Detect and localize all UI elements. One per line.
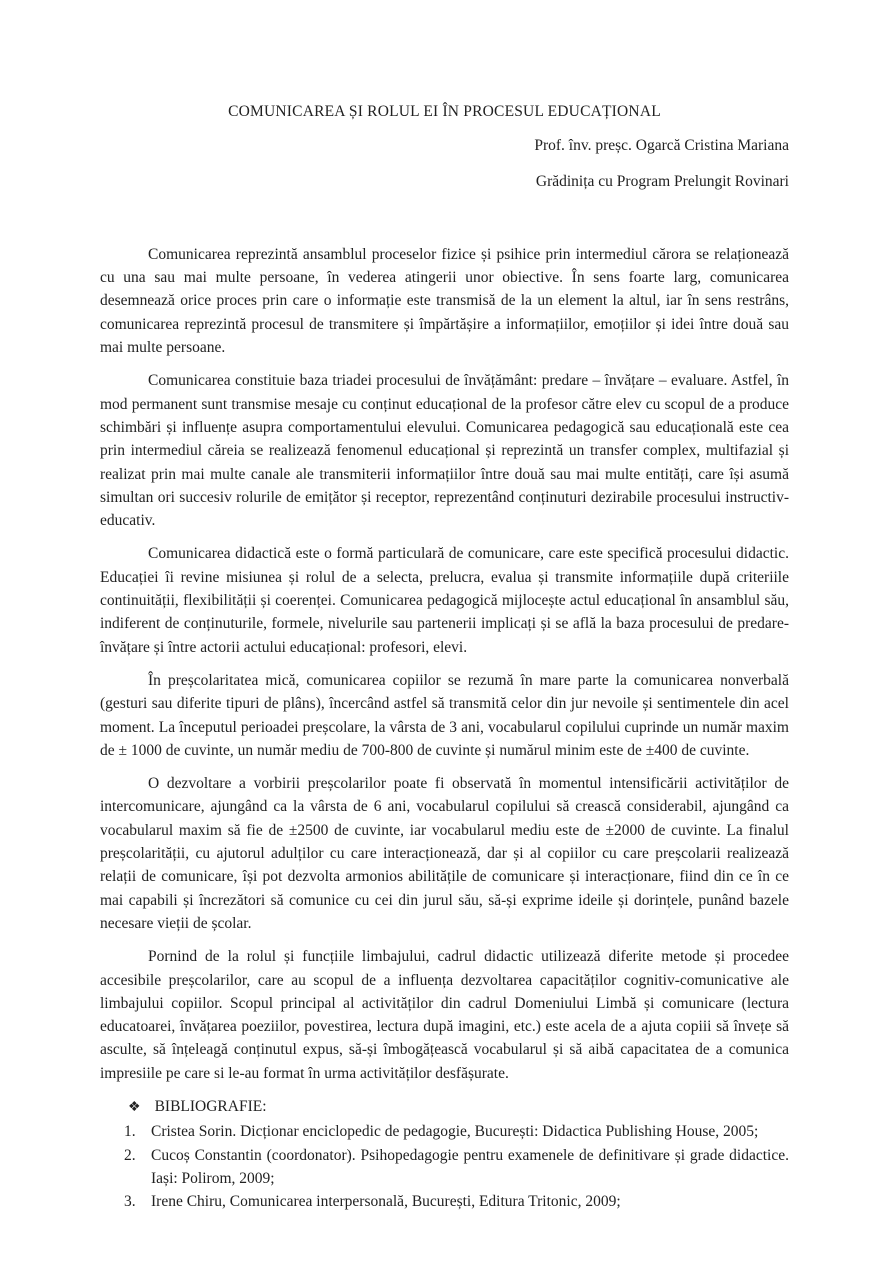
paragraph-5: O dezvoltare a vorbirii preșcolarilor po…: [100, 772, 789, 935]
bibliography-item-text: Cristea Sorin. Dicționar enciclopedic de…: [151, 1120, 789, 1143]
bibliography-item-number: 3.: [124, 1190, 151, 1213]
document-title: COMUNICAREA ȘI ROLUL EI ÎN PROCESUL EDUC…: [100, 100, 789, 123]
institution-line: Grădinița cu Program Prelungit Rovinari: [100, 170, 789, 193]
bibliography-list: 1. Cristea Sorin. Dicționar enciclopedic…: [100, 1120, 789, 1213]
paragraph-1: Comunicarea reprezintă ansamblul procese…: [100, 243, 789, 359]
bibliography-section: ❖BIBLIOGRAFIE: 1. Cristea Sorin. Dicțion…: [100, 1095, 789, 1213]
bibliography-item-text: Cucoș Constantin (coordonator). Psihoped…: [151, 1144, 789, 1191]
paragraph-4: În preșcolaritatea mică, comunicarea cop…: [100, 669, 789, 762]
document-page: COMUNICAREA ȘI ROLUL EI ÎN PROCESUL EDUC…: [0, 0, 892, 1263]
paragraph-3: Comunicarea didactică este o formă parti…: [100, 542, 789, 658]
bibliography-heading-label: BIBLIOGRAFIE:: [155, 1098, 267, 1115]
bibliography-item-1: 1. Cristea Sorin. Dicționar enciclopedic…: [100, 1120, 789, 1143]
bibliography-heading: ❖BIBLIOGRAFIE:: [100, 1095, 789, 1119]
bibliography-item-number: 1.: [124, 1120, 151, 1143]
bibliography-item-3: 3. Irene Chiru, Comunicarea interpersona…: [100, 1190, 789, 1213]
paragraph-2: Comunicarea constituie baza triadei proc…: [100, 369, 789, 532]
document-body: Comunicarea reprezintă ansamblul procese…: [100, 243, 789, 1085]
bibliography-item-number: 2.: [124, 1144, 151, 1167]
diamond-bullet-icon: ❖: [128, 1096, 141, 1119]
bibliography-item-2: 2. Cucoș Constantin (coordonator). Psiho…: [100, 1144, 789, 1191]
bibliography-item-text: Irene Chiru, Comunicarea interpersonală,…: [151, 1190, 789, 1213]
paragraph-6: Pornind de la rolul și funcțiile limbaju…: [100, 945, 789, 1085]
author-line: Prof. înv. preșc. Ogarcă Cristina Marian…: [100, 134, 789, 157]
